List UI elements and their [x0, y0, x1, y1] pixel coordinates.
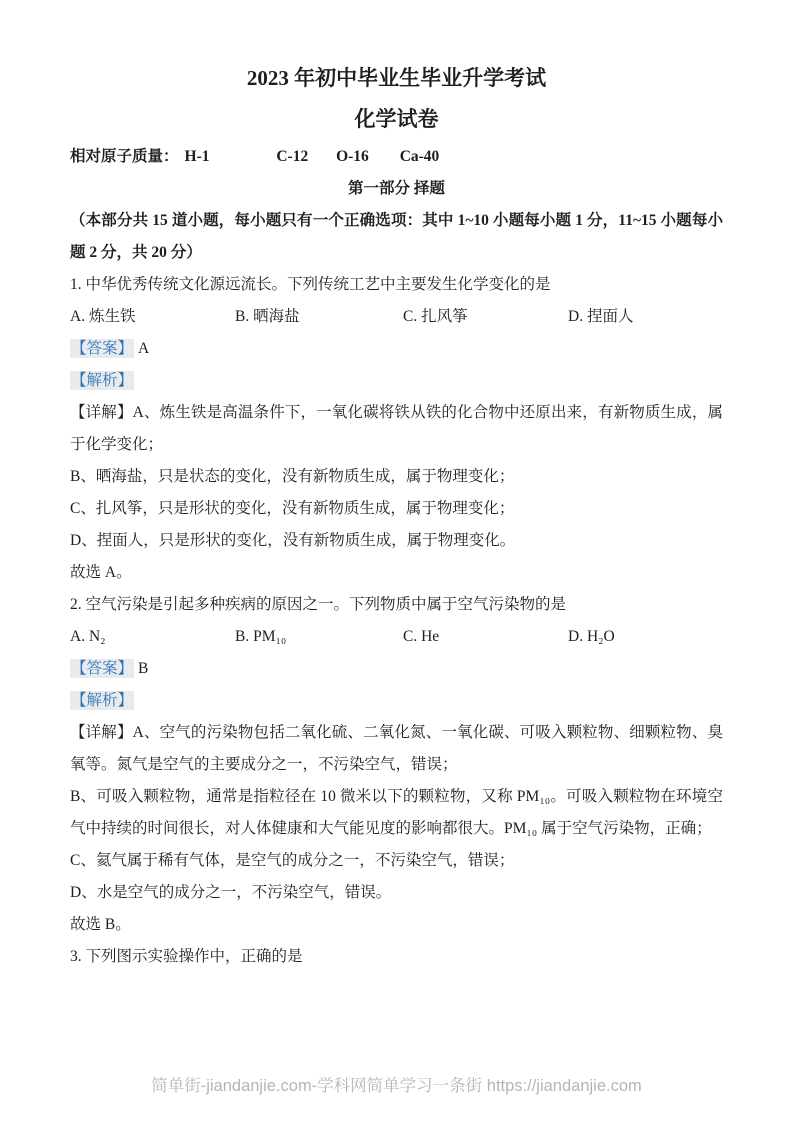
watermark-footer: 简单街-jiandanjie.com-学科网简单学习一条街 https://ji… [0, 1072, 793, 1096]
question-2-option-a: A. N₂ [70, 621, 106, 653]
question-1-option-c: C. 扎风筝 [403, 301, 468, 333]
question-2-answer-line: 【答案】B [70, 653, 723, 685]
section-heading: 第一部分 择题 [70, 173, 723, 205]
question-2-analysis-line: 【解析】 [70, 685, 723, 717]
question-1-option-a: A. 炼生铁 [70, 301, 135, 333]
question-1-detail-c: C、扎风筝，只是形状的变化，没有新物质生成，属于物理变化； [70, 493, 723, 525]
analysis-label: 【解析】 [70, 371, 134, 390]
atomic-mass-h: H-1 [185, 141, 210, 173]
question-1-analysis-line: 【解析】 [70, 365, 723, 397]
question-2-detail-a-text: A、空气的污染物包括二氧化硫、二氧化氮、一氧化碳、可吸入颗粒物、细颗粒物、臭氧等… [70, 724, 723, 773]
section-note: （本部分共 15 道小题，每小题只有一个正确选项：其中 1~10 小题每小题 1… [70, 205, 723, 269]
question-2-conclusion: 故选 B。 [70, 909, 723, 941]
question-1-detail-d: D、捏面人，只是形状的变化，没有新物质生成，属于物理变化。 [70, 525, 723, 557]
question-1-option-d: D. 捏面人 [568, 301, 633, 333]
question-2-options: A. N₂ B. PM₁₀ C. He D. H₂O [70, 621, 723, 653]
analysis-label: 【解析】 [70, 691, 134, 710]
atomic-mass-c: C-12 [276, 141, 308, 173]
question-2-option-b: B. PM₁₀ [235, 621, 286, 653]
detail-label: 【详解】 [70, 404, 133, 421]
atomic-mass-line: 相对原子质量：H-1 C-12 O-16 Ca-40 [70, 141, 723, 173]
paper-subject-title: 化学试卷 [70, 105, 723, 133]
question-1-answer: A [138, 340, 149, 357]
question-2-stem: 2. 空气污染是引起多种疾病的原因之一。下列物质中属于空气污染物的是 [70, 589, 723, 621]
question-1-conclusion: 故选 A。 [70, 557, 723, 589]
question-1-answer-line: 【答案】A [70, 333, 723, 365]
question-3-stem: 3. 下列图示实验操作中，正确的是 [70, 941, 723, 973]
atomic-mass-o: O-16 [336, 141, 369, 173]
question-1-options: A. 炼生铁 B. 晒海盐 C. 扎风筝 D. 捏面人 [70, 301, 723, 333]
answer-label: 【答案】 [70, 339, 134, 358]
question-2-detail-d: D、水是空气的成分之一，不污染空气，错误。 [70, 877, 723, 909]
question-1-detail-a-text: A、炼生铁是高温条件下，一氧化碳将铁从铁的化合物中还原出来，有新物质生成，属于化… [70, 404, 723, 453]
exam-document: 2023 年初中毕业生毕业升学考试 化学试卷 相对原子质量：H-1 C-12 O… [0, 0, 793, 973]
atomic-mass-ca: Ca-40 [400, 141, 440, 173]
question-2-option-c: C. He [403, 621, 439, 653]
atomic-mass-label: 相对原子质量： [70, 148, 179, 165]
question-1-stem: 1. 中华优秀传统文化源远流长。下列传统工艺中主要发生化学变化的是 [70, 269, 723, 301]
question-2-detail-a: 【详解】A、空气的污染物包括二氧化硫、二氧化氮、一氧化碳、可吸入颗粒物、细颗粒物… [70, 717, 723, 781]
answer-label: 【答案】 [70, 659, 134, 678]
question-1-detail-a: 【详解】A、炼生铁是高温条件下，一氧化碳将铁从铁的化合物中还原出来，有新物质生成… [70, 397, 723, 461]
question-2-detail-b: B、可吸入颗粒物，通常是指粒径在 10 微米以下的颗粒物，又称 PM₁₀。可吸入… [70, 781, 723, 845]
detail-label: 【详解】 [70, 724, 133, 741]
question-1-option-b: B. 晒海盐 [235, 301, 300, 333]
question-2-detail-c: C、氦气属于稀有气体，是空气的成分之一，不污染空气，错误； [70, 845, 723, 877]
question-2-answer: B [138, 660, 148, 677]
question-2-option-d: D. H₂O [568, 621, 615, 653]
exam-title: 2023 年初中毕业生毕业升学考试 [70, 64, 723, 92]
question-1-detail-b: B、晒海盐，只是状态的变化，没有新物质生成，属于物理变化； [70, 461, 723, 493]
